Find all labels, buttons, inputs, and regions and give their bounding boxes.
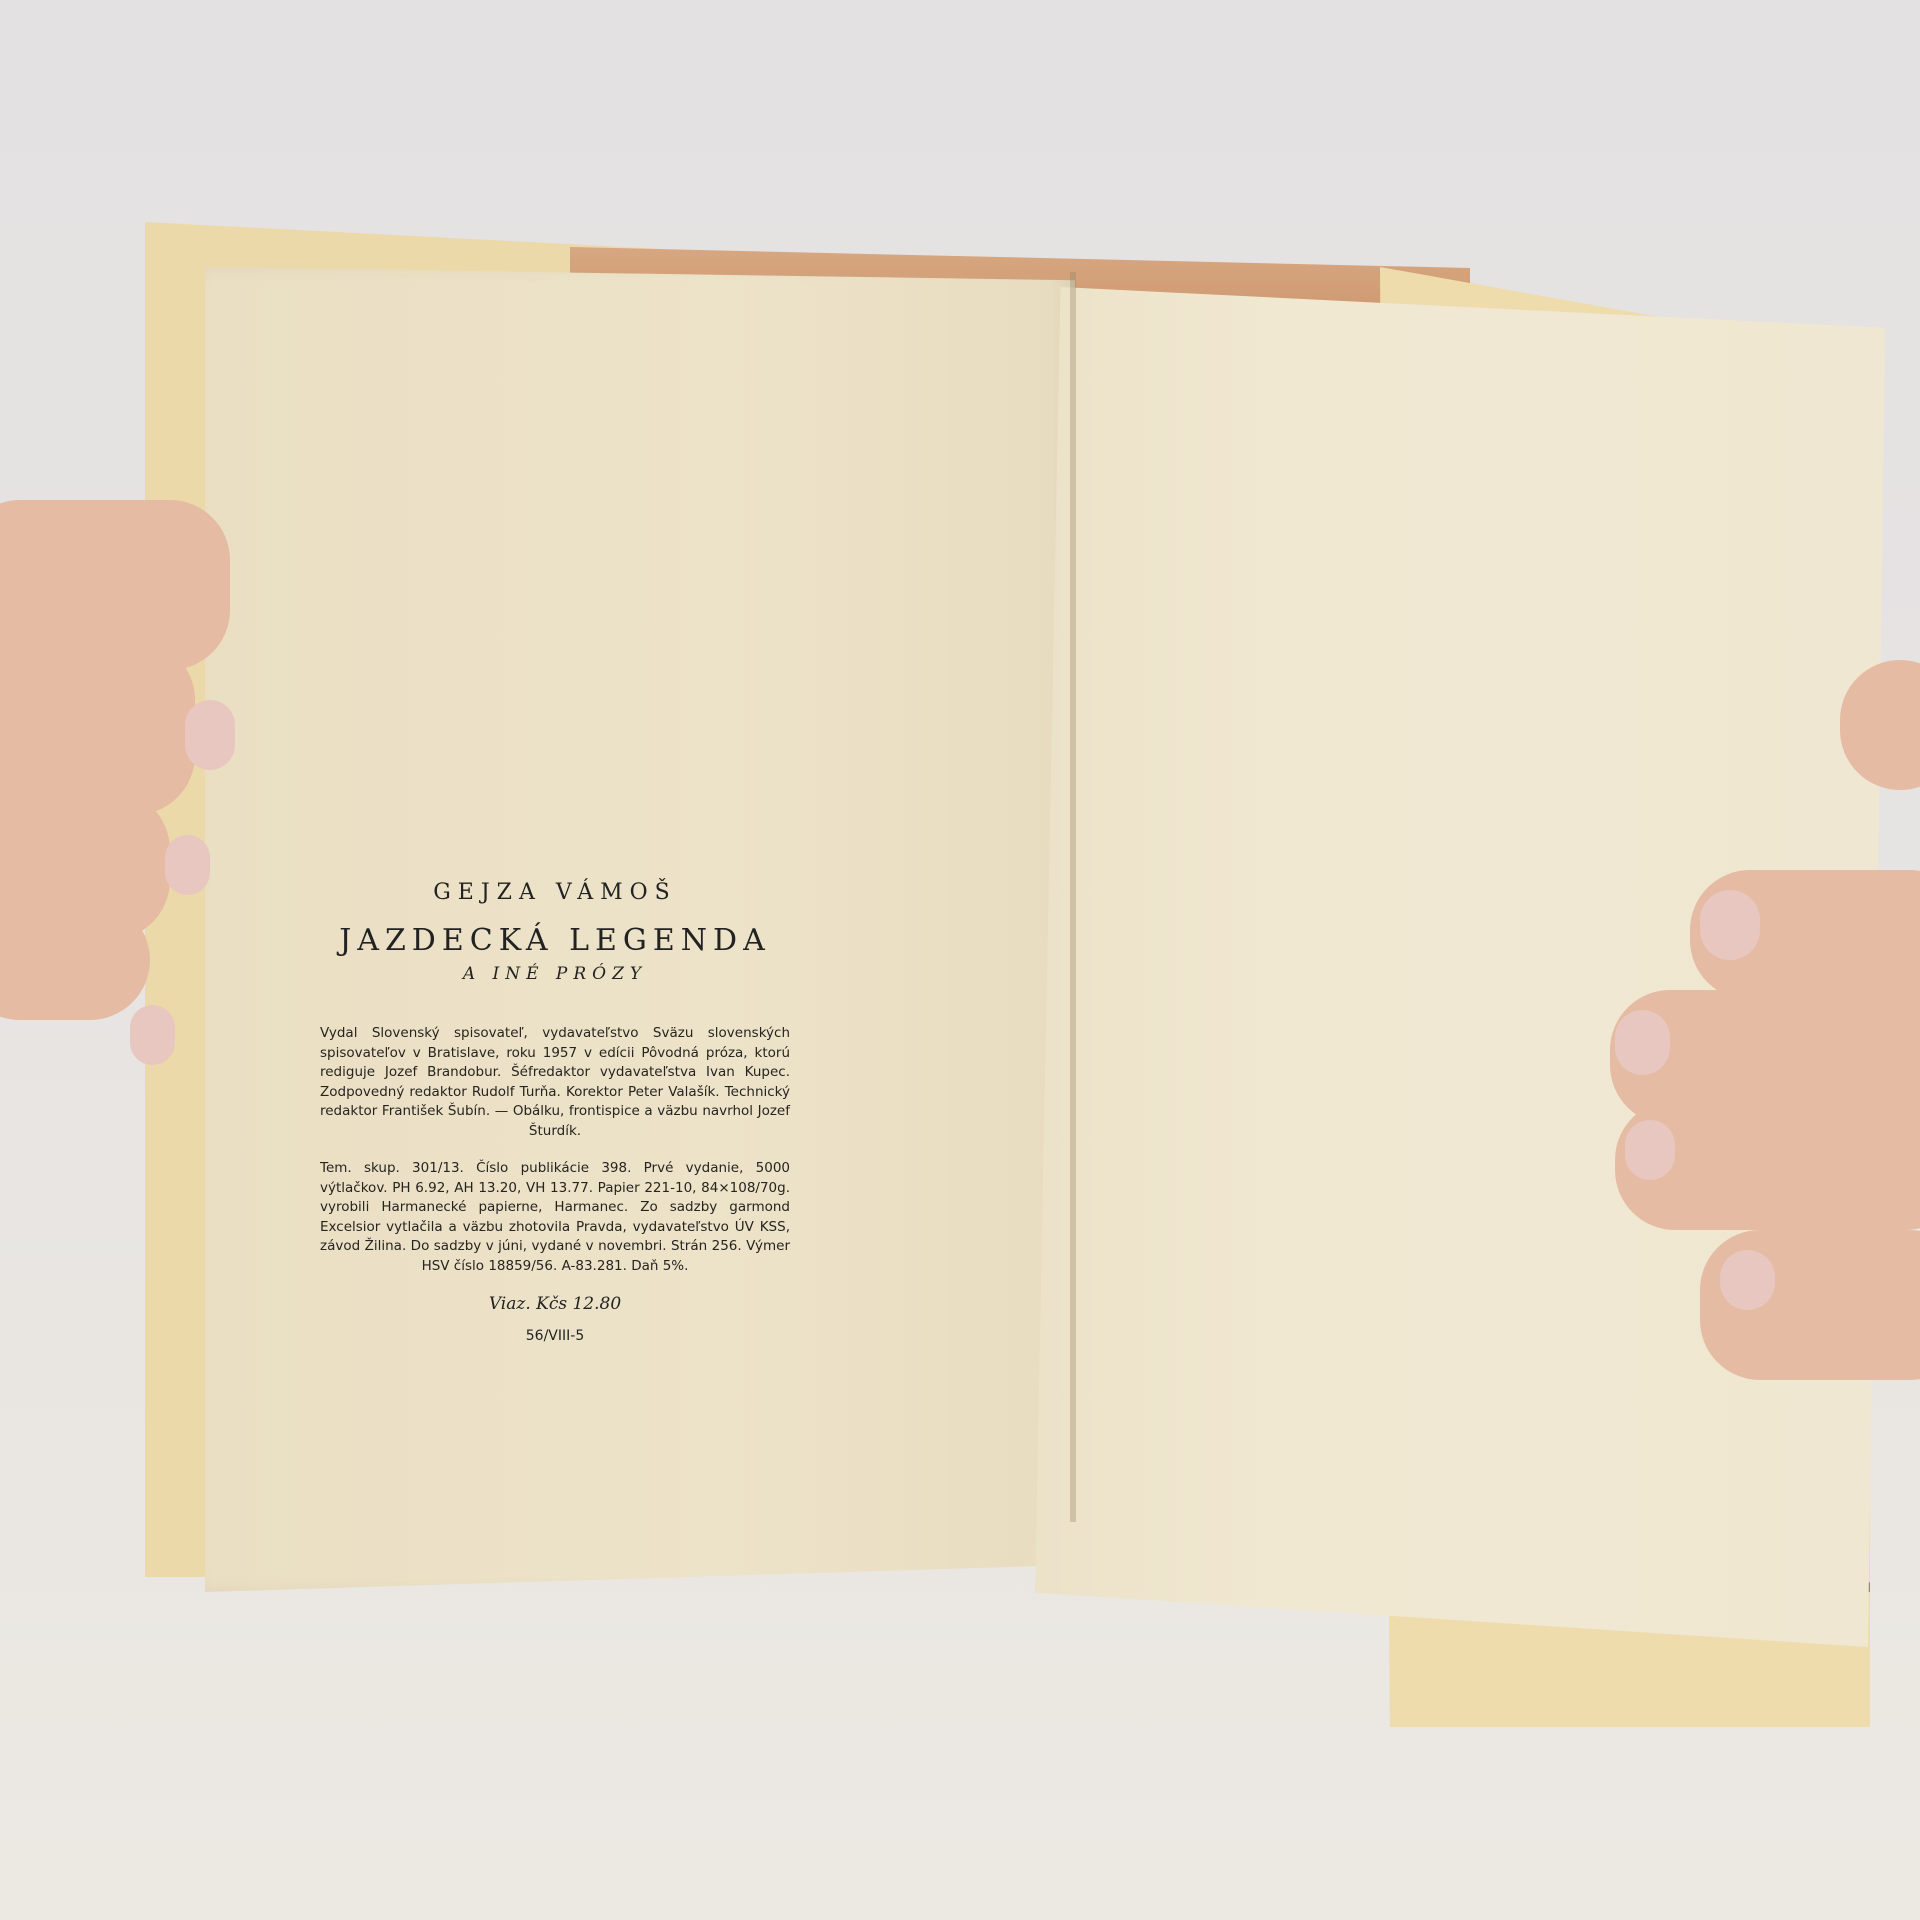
publication-code: 56/VIII-5	[320, 1328, 790, 1344]
imprint-paragraph: Vydal Slovenský spisovateľ, vydavateľstv…	[320, 1024, 790, 1141]
colophon: GEJZA VÁMOŠ JAZDECKÁ LEGENDA A INÉ PRÓZY…	[320, 880, 790, 1344]
price: Viaz. Kčs 12.80	[320, 1294, 790, 1314]
technical-paragraph: Tem. skup. 301/13. Číslo publikácie 398.…	[320, 1159, 790, 1276]
book-gutter	[1070, 272, 1076, 1522]
book-title: JAZDECKÁ LEGENDA	[320, 923, 790, 958]
author-name: GEJZA VÁMOŠ	[320, 880, 790, 905]
book-subtitle: A INÉ PRÓZY	[320, 964, 790, 984]
